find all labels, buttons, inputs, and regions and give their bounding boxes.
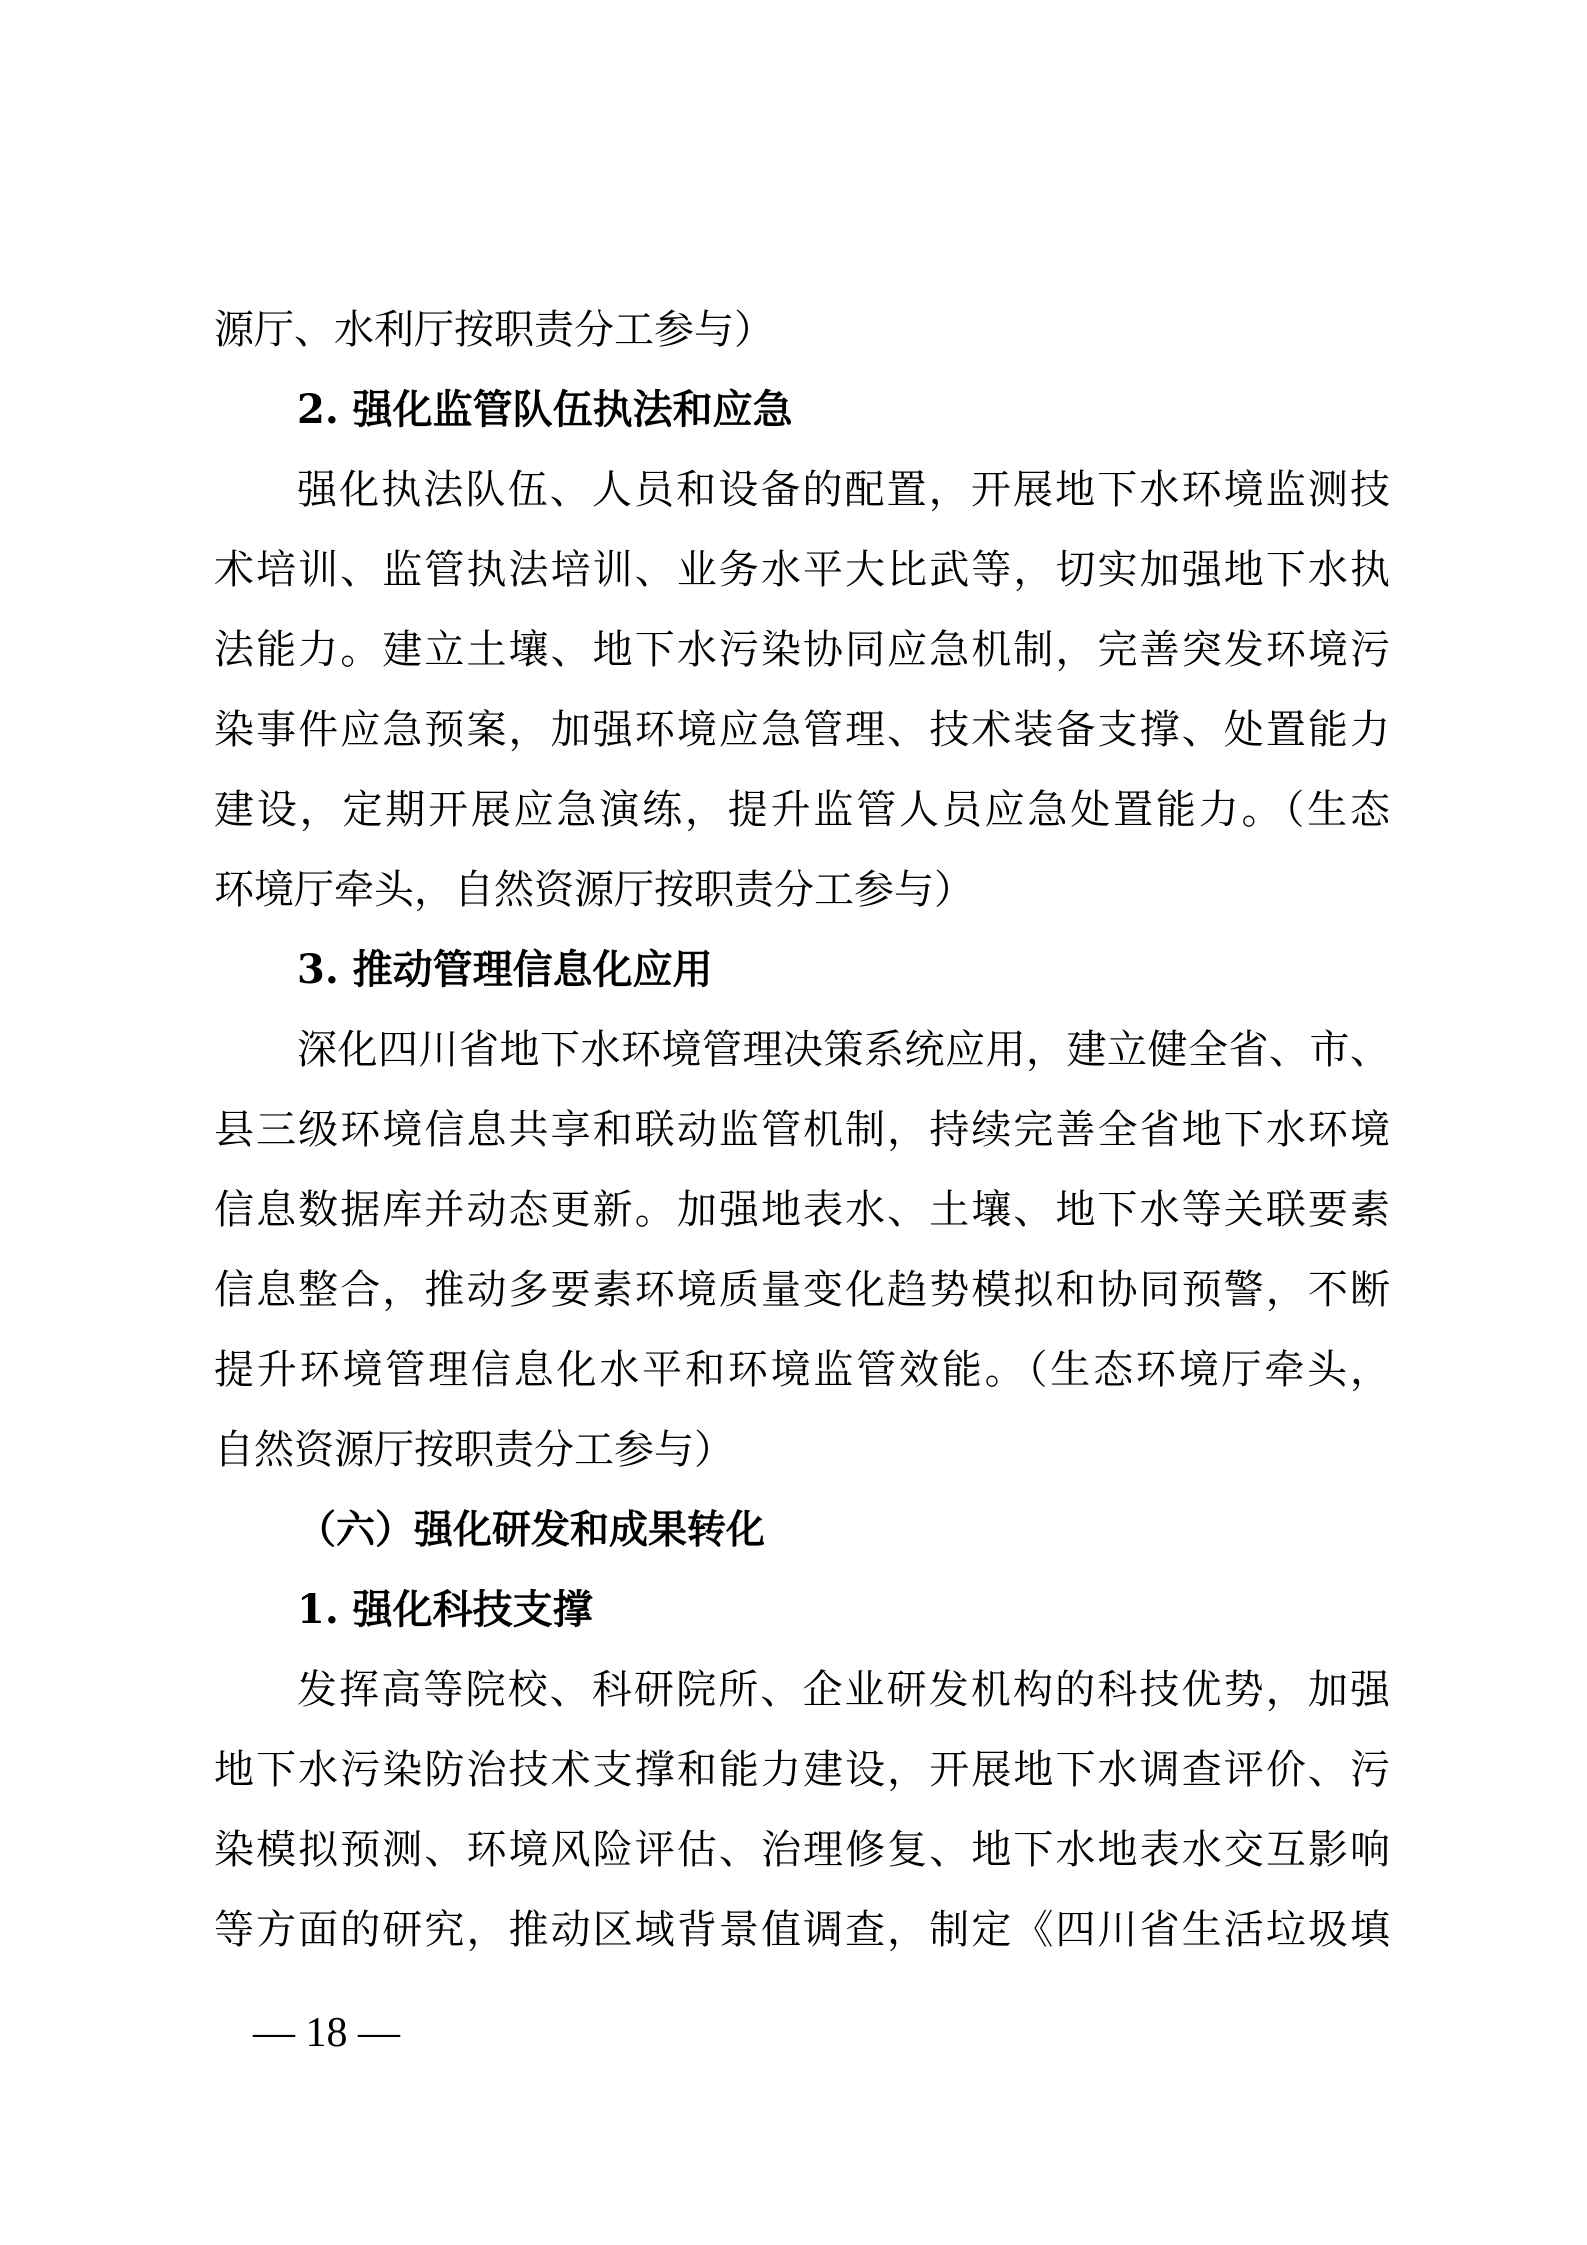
paragraph-line: 发挥高等院校、科研院所、企业研发机构的科技优势，加强 xyxy=(297,1662,1390,1718)
subsection-heading-3: 3. 推动管理信息化应用 xyxy=(297,942,1390,998)
paragraph-line: 信息整合，推动多要素环境质量变化趋势模拟和协同预警，不断 xyxy=(214,1262,1390,1318)
paragraph-line: 建设，定期开展应急演练，提升监管人员应急处置能力。（生态 xyxy=(214,782,1390,838)
paragraph-line: 法能力。建立土壤、地下水污染协同应急机制，完善突发环境污 xyxy=(214,622,1390,678)
paragraph-line: 术培训、监管执法培训、业务水平大比武等，切实加强地下水执 xyxy=(214,542,1390,598)
paragraph-line: 染模拟预测、环境风险评估、治理修复、地下水地表水交互影响 xyxy=(214,1822,1390,1878)
section-heading-6: （六）强化研发和成果转化 xyxy=(297,1502,1390,1558)
paragraph-line: 信息数据库并动态更新。加强地表水、土壤、地下水等关联要素 xyxy=(214,1182,1390,1238)
paragraph-line: 县三级环境信息共享和联动监管机制，持续完善全省地下水环境 xyxy=(214,1102,1390,1158)
paragraph-line: 自然资源厅按职责分工参与） xyxy=(214,1422,1390,1478)
page-number: — 18 — xyxy=(253,2008,400,2058)
paragraph-line: 染事件应急预案，加强环境应急管理、技术装备支撑、处置能力 xyxy=(214,702,1390,758)
subsection-heading-2: 2. 强化监管队伍执法和应急 xyxy=(297,382,1390,438)
document-page: 源厅、水利厅按职责分工参与） 2. 强化监管队伍执法和应急 强化执法队伍、人员和… xyxy=(0,0,1587,2245)
paragraph-line: 源厅、水利厅按职责分工参与） xyxy=(214,302,1390,358)
paragraph-line: 深化四川省地下水环境管理决策系统应用，建立健全省、市、 xyxy=(297,1022,1390,1078)
paragraph-line: 等方面的研究，推动区域背景值调查，制定《四川省生活垃圾填 xyxy=(214,1902,1390,1958)
paragraph-line: 提升环境管理信息化水平和环境监管效能。（生态环境厅牵头， xyxy=(214,1342,1390,1398)
paragraph-line: 强化执法队伍、人员和设备的配置，开展地下水环境监测技 xyxy=(297,462,1390,518)
subsection-heading-1: 1. 强化科技支撑 xyxy=(297,1582,1390,1638)
paragraph-line: 环境厅牵头，自然资源厅按职责分工参与） xyxy=(214,862,1390,918)
paragraph-line: 地下水污染防治技术支撑和能力建设，开展地下水调查评价、污 xyxy=(214,1742,1390,1798)
